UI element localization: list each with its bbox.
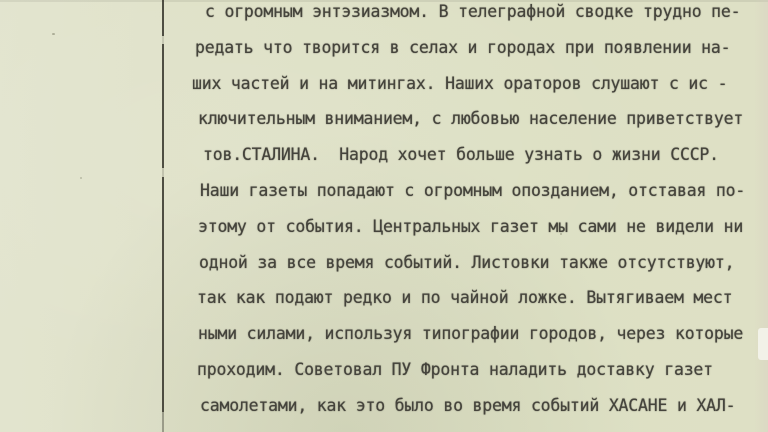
typewritten-text-block: с огромным энтэзиазмом. В телеграфной св… bbox=[187, 0, 762, 424]
text-line: редать что творится в селах и городах пр… bbox=[195, 30, 762, 66]
text-line: ными силами, используя типографии городо… bbox=[198, 316, 762, 352]
text-line: тов.СТАЛИНА. Народ хочет больше узнать о… bbox=[203, 137, 762, 173]
paper-speck bbox=[80, 177, 82, 179]
paper-left-margin bbox=[0, 0, 163, 432]
text-line: с огромным энтэзиазмом. В телеграфной св… bbox=[205, 0, 762, 30]
text-line: Наши газеты попадают с огромным опоздани… bbox=[200, 173, 762, 209]
paper-speck bbox=[52, 33, 55, 35]
text-line: ключительным вниманием, с любовью населе… bbox=[198, 101, 762, 137]
text-line: этому от события. Центральных газет мы с… bbox=[198, 209, 762, 245]
text-line: самолетами, как это было во время событи… bbox=[200, 388, 762, 424]
text-line: ших частей и на митингах. Наших ораторов… bbox=[192, 66, 762, 102]
scanned-document-page: с огромным энтэзиазмом. В телеграфной св… bbox=[0, 0, 768, 432]
text-line: одной за все время событий. Листовки так… bbox=[199, 245, 762, 281]
fold-line bbox=[162, 0, 164, 432]
text-line: проходим. Советовал ПУ Фронта наладить д… bbox=[197, 352, 762, 388]
text-line: так как подают редко и по чайной ложке. … bbox=[197, 280, 762, 316]
